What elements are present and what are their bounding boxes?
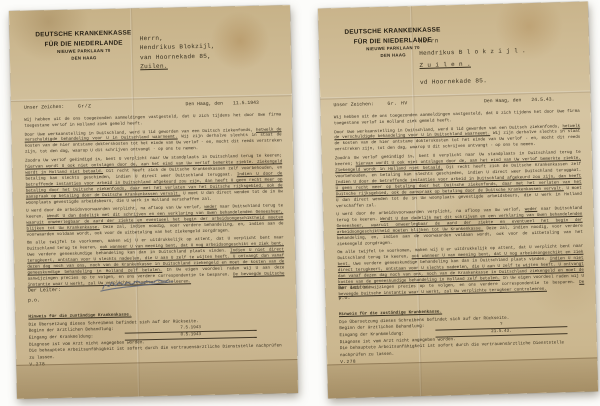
body-paragraph: Door Uwe werkaanstelling in Duitschland,… [25,128,282,157]
body-text-segment: weder [204,206,217,210]
form-number: V.278 [29,362,45,367]
body-text-segment: weder [525,208,538,212]
spacer [92,105,186,107]
closing-block: Der Leiter: p.o. [338,283,372,303]
letter-document: DEUTSCHE KRANKENKASSE FÜR DIE NIEDERLAND… [9,5,298,399]
letter-document: DEUTSCHE KRANKENKASSE FÜR DIE NIEDERLAND… [318,2,598,399]
closing-leader: Der Leiter: [338,283,371,293]
krankenkasse-note: Hinweis für die zuständige Krankenkasse.… [28,309,282,362]
body-paragraph: Om alle twijfel te voorkomen, maken wij … [337,245,584,299]
scan-background: DEUTSCHE KRANKENKASSE FÜR DIE NIEDERLAND… [0,0,600,406]
letter-body: Wij hebben uit de ons toegezonden aanmel… [334,110,585,302]
letter-date: 11.5.1943 [233,100,279,106]
address-line: Zuilen. [140,61,215,72]
body-paragraph: Door Uwe werkaanstelling in Duitschland,… [334,124,581,154]
closing-leader: Der Leiter: [28,286,61,296]
address-line-text: vd Hoornekade 85. [420,77,487,86]
reference-row: Unser Zeichen: Gr. HV Den Haag, den 24.5… [333,97,577,108]
address-line-text: Herrn, [140,35,164,42]
letterhead-city: DEN HAAG [24,54,144,63]
body-text-segment: Wij hebben uit de ons toegezonden aanmel… [334,110,580,126]
letter-body: Wij hebben uit de ons toegezonden aanmel… [24,113,285,292]
spacer [408,102,484,104]
reference-row: Unser Zeichen: Gr/Z Den Haag, den 11.5.1… [24,100,279,110]
reference-label: Unser Zeichen: [24,105,78,111]
address-line-text: Herrn [419,37,439,45]
reference-value: Gr. HV [387,101,407,107]
address-line-text: Hendrikus Blokzijl, [140,43,215,52]
letterhead: DEUTSCHE KRANKENKASSE FÜR DIE NIEDERLAND… [23,28,144,63]
place-date-label: Den Haag, den [484,98,522,104]
body-paragraph: Zoodra Uw verlof geëindigd is, bent U ve… [335,151,582,211]
form-number: V.278 [340,360,356,365]
handwritten-signature [99,274,177,296]
krankenkasse-note: Hinweis für die zuständige Krankenkasse.… [339,306,582,360]
address-line: vd Hoornekade 85. [420,74,527,89]
address-line-text: Zuilen. [140,63,168,71]
reference-value: Gr/Z [78,104,92,109]
letter-date: 24.5.43. [531,97,577,103]
address-line-text: Hendrikus B l o k z i j l . [419,47,526,57]
body-paragraph: U werd door de arbeidsvoorwaarden verpli… [26,204,284,239]
closing-pp: p.o. [28,295,61,305]
body-paragraph: Zoodra Uw verlof geëindigd is, bent U ve… [25,154,283,207]
recipient-address: HerrnHendrikus B l o k z i j l .Z u i l … [419,33,527,88]
address-line: van Hoornekade 85, [140,52,215,63]
place-date-label: Den Haag, den [185,102,223,108]
address-line-text: Z u i l e n . [419,60,471,68]
body-text-segment: Wij hebben uit de ons toegezonden aanmel… [24,113,281,128]
closing-pp: p.o. [338,293,371,303]
recipient-address: Herrn,Hendrikus Blokzijl,van Hoornekade … [139,33,215,72]
address-line-text: van Hoornekade 85, [140,53,211,61]
reference-label: Unser Zeichen: [333,102,387,108]
body-paragraph: U werd door de arbeidsvoorwaarden verpli… [336,207,583,249]
closing-block: Der Leiter: p.o. [28,286,61,306]
